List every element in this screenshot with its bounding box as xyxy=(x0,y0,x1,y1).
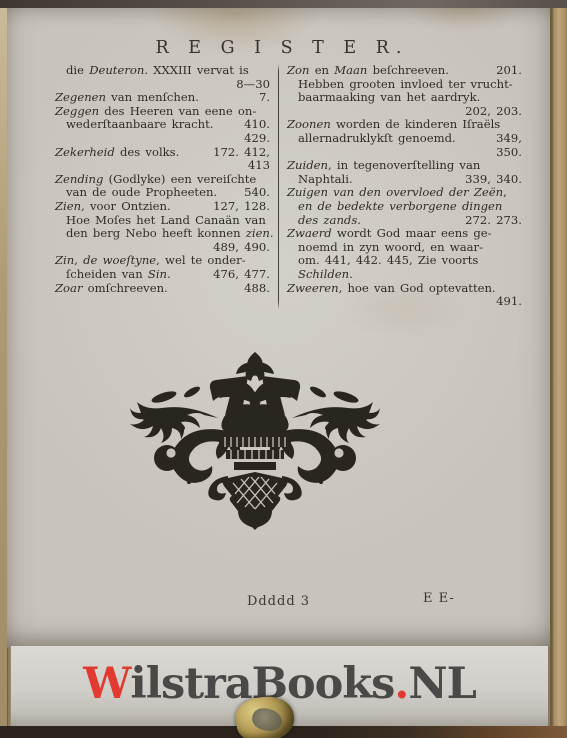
register-line: Hoe Moſes het Land Canaän van xyxy=(55,214,270,228)
register-line: Zegenen van menſchen.7. xyxy=(55,91,270,105)
register-line: Zekerheid des volks.172. 412, xyxy=(55,146,270,160)
book-right-edge xyxy=(550,8,567,726)
watermark-dot: . xyxy=(394,659,408,709)
register-line: Zuigen van den overvloed der Zeën, xyxy=(287,186,522,200)
register-line: den berg Nebo heeft konnen zien. xyxy=(55,227,270,241)
register-line: 8—30 xyxy=(55,78,270,92)
register-line: Hebben grooten invloed ter vrucht- xyxy=(287,78,522,92)
register-line: des zands.272. 273. xyxy=(287,214,522,228)
register-line: Zoar omſchreeven.488. xyxy=(55,282,270,296)
register-line: 350. xyxy=(287,146,522,160)
register-line: allernadruklykſt genoemd.349, xyxy=(287,132,522,146)
register-line: Zuiden, in tegenoverſtelling van xyxy=(287,159,522,173)
register-line: Zending (Godlyke) een vereiſchte xyxy=(55,173,270,187)
register-line: noemd in zyn woord, en waar- xyxy=(287,241,522,255)
register-line: Zeggen des Heeren van eene on- xyxy=(55,105,270,119)
book-top-edge xyxy=(0,0,567,8)
register-line: Zin, de woeſtyne, wel te onder- xyxy=(55,254,270,268)
register-line: wederſtaanbaare kracht.410. xyxy=(55,118,270,132)
register-line: van de oude Propheeten.540. xyxy=(55,186,270,200)
watermark-tld: NL xyxy=(408,659,476,709)
register-line: Zoonen worden de kinderen Iſraëls xyxy=(287,118,522,132)
register-line: Zwaerd wordt God maar eens ge- xyxy=(287,227,522,241)
register-line: 413 xyxy=(55,159,270,173)
register-line: Zien, voor Ontzien.127, 128. xyxy=(55,200,270,214)
register-column-left: die Deuteron. XXXIII vervat is8—30Zegene… xyxy=(55,64,270,309)
signature-mark: Ddddd 3 xyxy=(7,594,550,609)
register-line: 491. xyxy=(287,295,522,309)
register-line: Naphtali.339, 340. xyxy=(287,173,522,187)
register-line: 489, 490. xyxy=(55,241,270,255)
register-line: Zon en Maan beſchreeven.201. xyxy=(287,64,522,78)
register-line: 429. xyxy=(55,132,270,146)
register-line: om. 441, 442. 445, Zie voorts xyxy=(287,254,522,268)
register-line: baarmaaking van het aardryk. xyxy=(287,91,522,105)
register-column-right: Zon en Maan beſchreeven.201.Hebben groot… xyxy=(279,64,522,309)
register-line: Zweeren, hoe van God optevatten. xyxy=(287,282,522,296)
book-page: R E G I S T E R. die Deuteron. XXXIII ve… xyxy=(7,8,550,648)
watermark-initial: W xyxy=(83,659,130,709)
register-line: Schilden. xyxy=(287,268,522,282)
register-columns: die Deuteron. XXXIII vervat is8—30Zegene… xyxy=(55,64,522,309)
register-line: ſcheiden van Sin.476, 477. xyxy=(55,268,270,282)
woodcut-vignette-ornament xyxy=(130,352,380,534)
register-line: die Deuteron. XXXIII vervat is xyxy=(55,64,270,78)
book-photo: R E G I S T E R. die Deuteron. XXXIII ve… xyxy=(0,0,567,738)
register-line: en de bedekte verborgene dingen xyxy=(287,200,522,214)
page-title: R E G I S T E R. xyxy=(7,38,550,58)
catchword: E E- xyxy=(423,591,455,606)
register-line: 202, 203. xyxy=(287,105,522,119)
